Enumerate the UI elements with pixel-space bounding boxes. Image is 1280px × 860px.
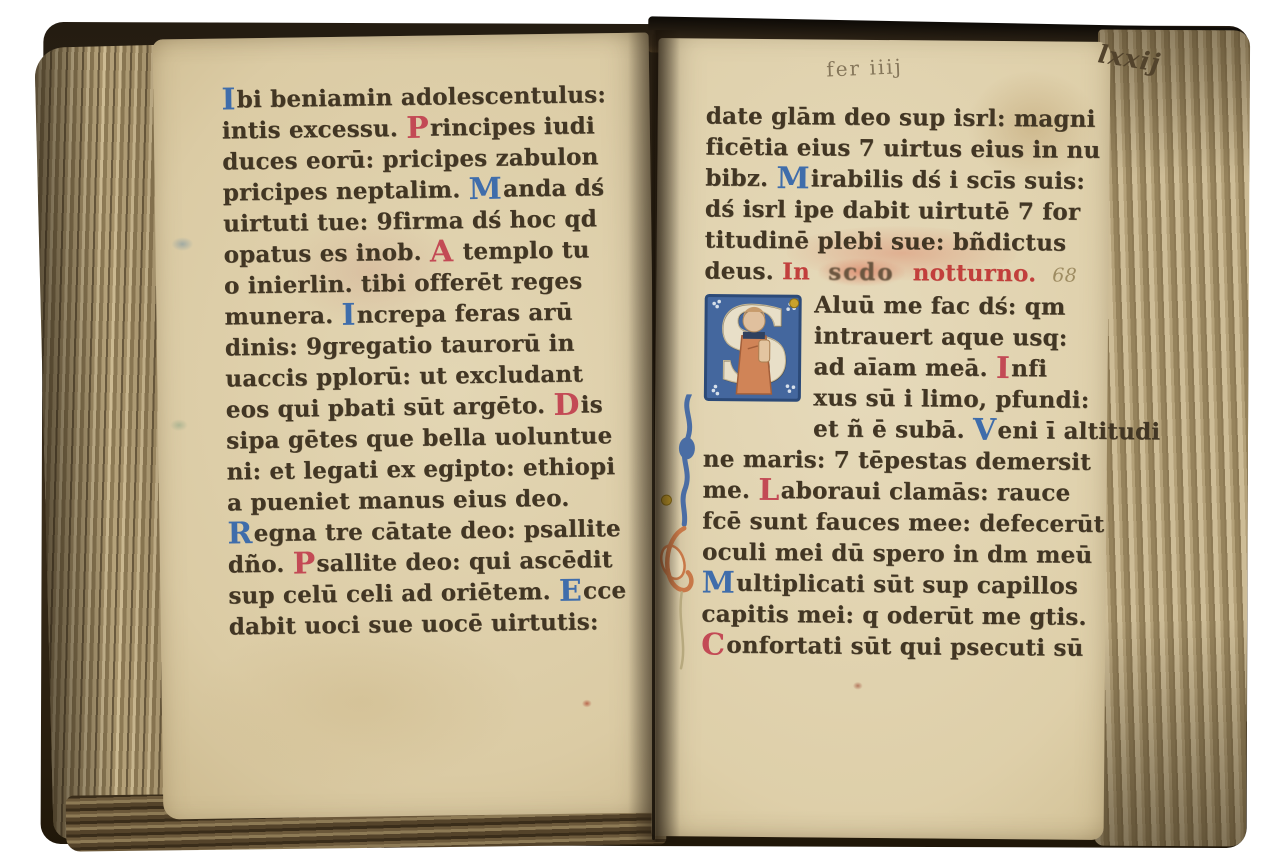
text-segment: nfi (1011, 355, 1047, 382)
psalm-margin-number: 68 (1052, 264, 1077, 286)
illuminated-initial-letter: M (468, 172, 503, 207)
text-segment: et ñ ē subā. (813, 415, 973, 443)
text-segment: ne maris: 7 tēpestas demersit (703, 445, 1091, 475)
header-annotation: fer iiij (826, 54, 904, 81)
text-segment: ni: et legati ex egipto: ethiopi (226, 453, 615, 485)
text-segment: date glām deo sup isrl: magni (706, 102, 1096, 132)
text-segment: is (580, 391, 602, 418)
text-segment: eos qui pbati sūt argēto. (226, 392, 554, 424)
text-segment: irabilis dś i scīs suis: (811, 165, 1085, 194)
text-segment: anda dś (503, 174, 604, 202)
illuminated-initial-letter: P (406, 111, 430, 146)
text-line: bibz. Mirabilis dś i scīs suis: (705, 162, 1097, 196)
right-page: fer iiij date glām deo sup isrl: magnifi… (652, 38, 1111, 840)
text-line: dabit uoci sue uocē uirtutis: (229, 606, 627, 643)
text-segment: ad aīam meā. (814, 353, 997, 382)
text-segment: bibz. (705, 164, 776, 192)
illuminated-initial-letter: M (776, 161, 811, 196)
text-segment: sallite deo: qui ascēdit (316, 546, 613, 577)
text-segment: dinis: 9gregatio taurorū in (225, 330, 575, 362)
text-segment: egna tre cātate deo: psallite (253, 515, 621, 547)
illuminated-initial-letter: D (553, 388, 581, 423)
text-line: fcē sunt fauces mee: defecerūt (702, 505, 1094, 539)
text-line: capitis mei: q oderūt me gtis. (701, 598, 1093, 632)
right-page-text: date glām deo sup isrl: magnificētia eiu… (701, 100, 1098, 663)
text-segment: ultiplicati sūt sup capillos (736, 570, 1078, 600)
text-line: date glām deo sup isrl: magni (706, 100, 1098, 134)
text-segment: aboraui clamās: rauce (781, 477, 1071, 507)
illuminated-initial-letter: P (292, 546, 316, 581)
flourish-knot (679, 437, 695, 459)
text-segment: bi beniamin adolescentulus: (236, 81, 606, 113)
text-segment: me. (702, 476, 758, 503)
text-segment: eni ī altitudi (997, 417, 1160, 445)
manuscript-photo: Ibi beniamin adolescentulus:intis excess… (0, 0, 1280, 860)
text-line: dś isrl ipe dabit uirtutē 7 for (705, 193, 1097, 227)
text-segment: xus sū i limo, pfundi: (813, 384, 1089, 413)
gutter-seam (652, 34, 655, 840)
text-segment: sipa gētes que bella uoluntue (226, 422, 613, 454)
illuminated-initial-letter: C (701, 627, 726, 662)
text-line: deus. In scdo notturno.68 (704, 255, 1096, 291)
text-segment: dño. (228, 551, 293, 579)
text-segment: titudinē plebi sue: bñdictus (705, 226, 1067, 256)
illuminated-initial-letter: R (227, 516, 254, 551)
text-segment: munera. (224, 302, 341, 331)
text-line: Multiplicati sūt sup capillos (702, 567, 1094, 601)
illuminated-initial-letter: I (996, 351, 1012, 386)
text-segment: deus. (704, 257, 782, 285)
text-segment: Aluū me fac dś: qm (814, 291, 1066, 320)
text-segment: uaccis pplorū: ut excludant (225, 361, 583, 393)
text-segment: opatus es inob. (223, 239, 430, 269)
illuminated-initial-letter: M (702, 565, 737, 600)
text-segment: fcē sunt fauces mee: defecerūt (702, 507, 1104, 538)
illuminated-initial-letter: I (221, 82, 237, 117)
text-segment: ficētia eius 7 uirtus eius in nu (705, 133, 1100, 163)
text-segment: dabit uoci sue uocē uirtutis: (229, 608, 599, 640)
text-segment: o inierlin. tibi offerēt reges (224, 268, 583, 300)
rubric-text: notturno. (904, 259, 1036, 287)
text-segment: ncrepa feras arū (357, 299, 573, 329)
text-segment: oculi mei dū spero in dm meū (702, 538, 1093, 568)
historiated-initial-S: S (703, 291, 804, 416)
left-page-text: Ibi beniamin adolescentulus:intis excess… (221, 79, 627, 643)
text-segment: sup celū celi ad oriētem. (228, 578, 559, 610)
text-line: titudinē plebi sue: bñdictus (705, 224, 1097, 258)
illuminated-initial-letter: L (758, 473, 781, 508)
illuminated-initial-letter: V (973, 413, 998, 448)
left-page: Ibi beniamin adolescentulus:intis excess… (153, 33, 660, 820)
text-segment: duces eorū: pricipes zabulon (222, 143, 599, 175)
right-page-upper-lines: date glām deo sup isrl: magnificētia eiu… (704, 100, 1098, 291)
illuminated-initial-letter: A (430, 234, 455, 269)
ink-speck (582, 699, 592, 707)
text-line: oculi mei dū spero in dm meū (702, 536, 1094, 570)
erased-word: scdo (818, 258, 905, 286)
text-line: ficētia eius 7 uirtus eius in nu (705, 131, 1097, 165)
text-segment: templo tu (454, 236, 589, 265)
text-segment: intis excessu. (222, 115, 407, 145)
text-segment: onfortati sūt qui psecuti sū (726, 632, 1083, 662)
text-line: et ñ ē subā. Veni ī altitudi (703, 412, 1095, 446)
text-segment: pricipes neptalim. (223, 176, 469, 206)
pigment-smudge (170, 419, 188, 431)
text-segment: a pueniet manus eius deo. (227, 485, 570, 517)
text-line: me. Laboraui clamās: rauce (702, 474, 1094, 508)
text-segment: rincipes iudi (430, 112, 595, 141)
text-segment: dś isrl ipe dabit uirtutē 7 for (705, 195, 1080, 225)
text-line: Confortati sūt qui psecuti sū (701, 629, 1093, 663)
ink-speck (853, 682, 863, 690)
text-segment: capitis mei: q oderūt me gtis. (701, 600, 1086, 630)
text-segment: cce (583, 577, 627, 605)
text-segment: intrauert aque usq: (814, 322, 1068, 351)
text-segment: uirtuti tue: 9firma dś hoc qd (223, 205, 597, 237)
illuminated-initial-letter: E (559, 574, 584, 609)
rubric-text: In (782, 258, 818, 285)
pigment-smudge (171, 237, 193, 251)
gold-bezant (790, 299, 799, 308)
illuminated-initial-letter: I (341, 298, 357, 333)
